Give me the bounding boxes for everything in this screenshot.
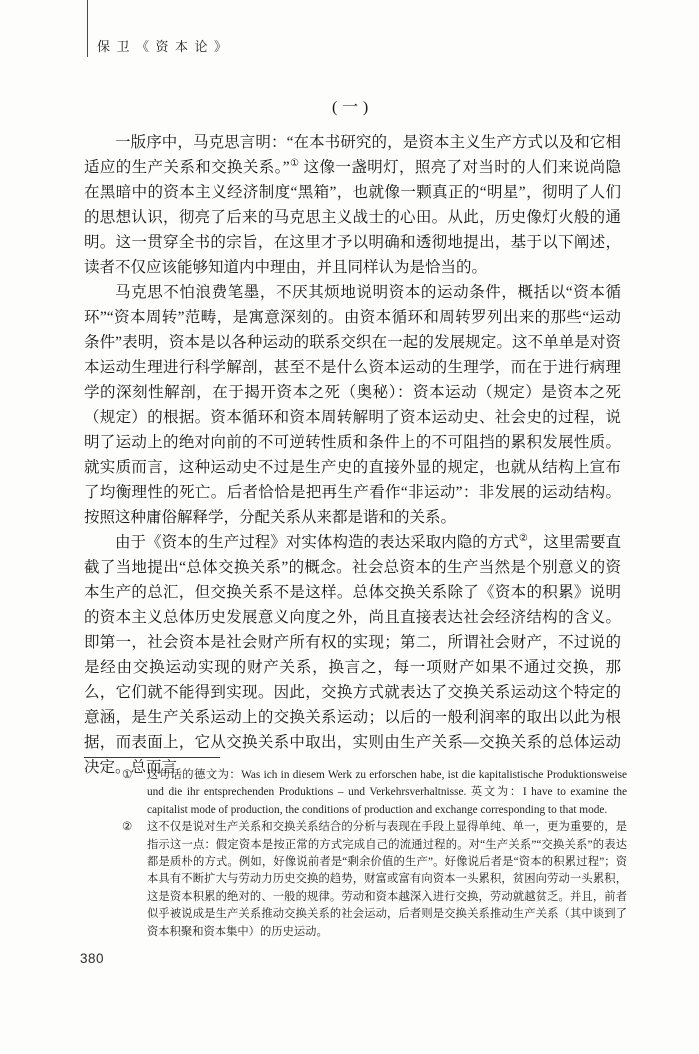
footnote-text: 这不仅是说对生产关系和交换关系结合的分析与表现在手段上显得单纯、单一，更为重要的…	[147, 819, 627, 941]
body-paragraph: 一版序中，马克思言明：“在本书研究的，是资本主义生产方式以及和它相适应的生产关系…	[84, 130, 621, 280]
header-rule	[87, 0, 88, 57]
page-number: 380	[80, 951, 104, 966]
footnote-text: 这句话的德文为：Was ich in diesem Werk zu erfors…	[147, 767, 627, 819]
book-page: 保卫《资本论》 (一) 一版序中，马克思言明：“在本书研究的，是资本主义生产方式…	[0, 0, 699, 1054]
footnote-marker: ②	[122, 819, 147, 836]
paragraph-text: ，这里需要直截了当地提出“总体交换关系”的概念。社会总资本的生产当然是个别意义的…	[84, 534, 621, 776]
footnote-separator	[84, 757, 220, 758]
footnote-marker: ①	[122, 767, 147, 784]
paragraph-text: 马克思不怕浪费笔墨，不厌其烦地说明资本的运动条件，概括以“资本循环”“资本周转”…	[84, 284, 621, 526]
body-paragraph: 由于《资本的生产过程》对实体构造的表达采取内隐的方式②，这里需要直截了当地提出“…	[84, 530, 621, 780]
page-body: 一版序中，马克思言明：“在本书研究的，是资本主义生产方式以及和它相适应的生产关系…	[84, 130, 621, 780]
body-paragraph: 马克思不怕浪费笔墨，不厌其烦地说明资本的运动条件，概括以“资本循环”“资本周转”…	[84, 280, 621, 530]
footnote-item: ① 这句话的德文为：Was ich in diesem Werk zu erfo…	[122, 767, 627, 819]
footnote-ref-1: ①	[290, 158, 300, 169]
footnotes-block: ① 这句话的德文为：Was ich in diesem Werk zu erfo…	[122, 767, 627, 941]
footnote-ref-2: ②	[519, 533, 528, 544]
paragraph-text: 这像一盏明灯，照亮了对当时的人们来说尚隐在黑暗中的资本主义经济制度“黑箱”，也就…	[84, 159, 621, 276]
section-marker: (一)	[84, 94, 621, 117]
running-header-title: 保卫《资本论》	[97, 36, 234, 55]
footnote-item: ② 这不仅是说对生产关系和交换关系结合的分析与表现在手段上显得单纯、单一，更为重…	[122, 819, 627, 941]
paragraph-text: 由于《资本的生产过程》对实体构造的表达采取内隐的方式	[115, 534, 519, 551]
